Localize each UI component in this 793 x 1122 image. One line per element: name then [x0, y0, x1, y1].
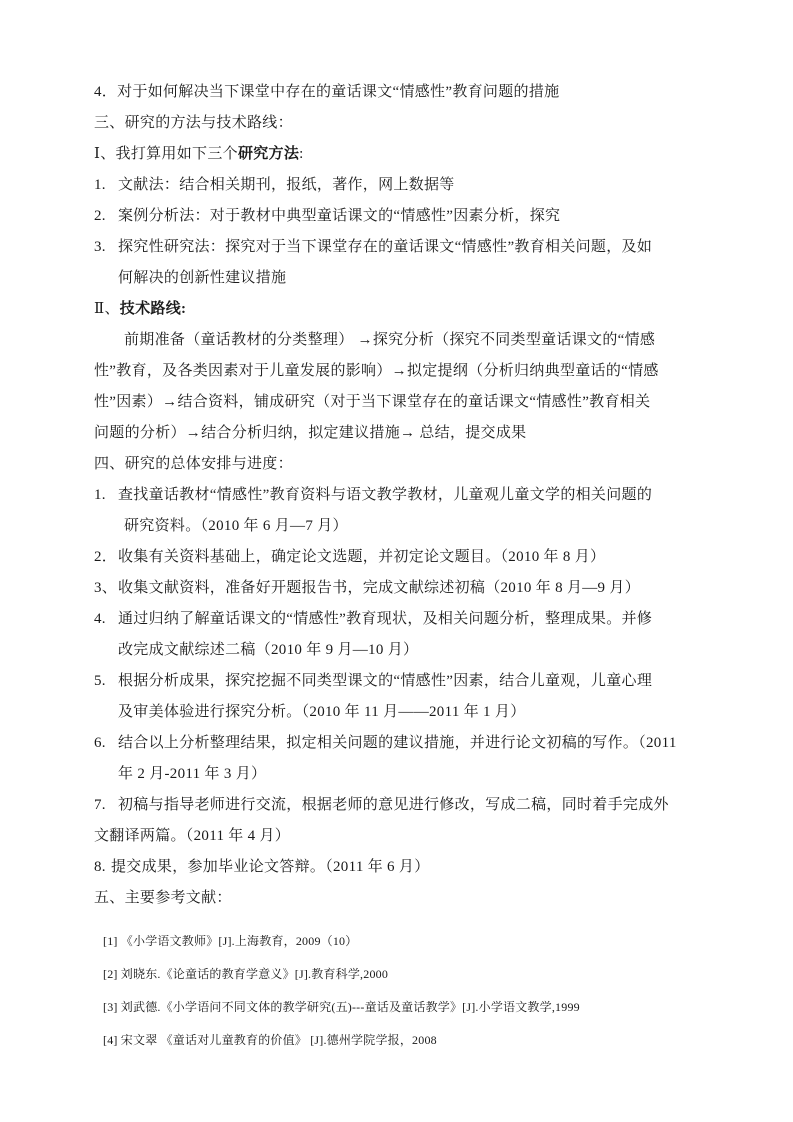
text-line: 性”教育，及各类因素对于儿童发展的影响）→拟定提纲（分析归纳典型童话的“情感: [94, 356, 793, 387]
text-segment: 结合以上分析整理结果，拟定相关问题的建议措施，并进行论文初稿的写作。（2011: [118, 735, 677, 751]
text-line: 2.案例分析法：对于教材中典型童话课文的“情感性”因素分析，探究: [94, 201, 793, 232]
text-segment: Ⅱ、: [94, 301, 120, 317]
text-line: 问题的分析）→结合分析归纳，拟定建议措施→ 总结，提交成果: [94, 418, 793, 449]
text-segment: 年 2 月-2011 年 3 月）: [118, 766, 266, 782]
reference-item: [3] 刘武德.《小学语问不同文体的教学研究(五)---童话及童话教学》[J].…: [103, 991, 793, 1024]
text-line: 2．收集有关资料基础上，确定论文选题，并初定论文题目。（2010 年 8 月）: [94, 542, 793, 573]
bold-text-segment: 研究方法: [238, 146, 299, 162]
text-segment: 初稿与指导老师进行交流，根据老师的意见进行修改，写成二稿，同时着手完成外: [118, 797, 669, 813]
text-segment: 问题的分析）→结合分析归纳，拟定建议措施→ 总结，提交成果: [94, 425, 526, 441]
text-segment: 及审美体验进行探究分析。（2010 年 11 月——2011 年 1 月）: [118, 704, 526, 720]
text-segment: 前期准备（童话教材的分类整理） →探究分析（探究不同类型童话课文的“情感: [124, 332, 655, 348]
reference-item: [4] 宋文翠 《童话对儿童教育的价值》 [J].德州学院学报，2008: [103, 1024, 793, 1057]
text-line: 1.查找童话教材“情感性”教育资料与语文教学教材，儿童观儿童文学的相关问题的: [94, 480, 793, 511]
text-line: 三、研究的方法与技术路线：: [94, 108, 793, 139]
text-segment: 性”因素）→结合资料，铺成研究（对于当下课堂存在的童话课文“情感性”教育相关: [94, 394, 650, 410]
list-number: 3.: [94, 232, 118, 263]
list-number: 5.: [94, 666, 118, 697]
text-line: 文翻译两篇。（2011 年 4 月）: [94, 821, 793, 852]
text-line: Ⅱ、技术路线:: [94, 294, 793, 325]
text-segment: 4．对于如何解决当下课堂中存在的童话课文“情感性”教育问题的措施: [94, 84, 559, 100]
text-segment: 案例分析法：对于教材中典型童话课文的“情感性”因素分析，探究: [118, 208, 560, 224]
text-line: 6.结合以上分析整理结果，拟定相关问题的建议措施，并进行论文初稿的写作。（201…: [94, 728, 793, 759]
text-segment: 何解决的创新性建议措施: [118, 270, 286, 286]
text-line: 四、研究的总体安排与进度：: [94, 449, 793, 480]
text-line: 4．对于如何解决当下课堂中存在的童话课文“情感性”教育问题的措施: [94, 77, 793, 108]
text-line: 五、主要参考文献：: [94, 883, 793, 914]
text-segment: 提交成果，参加毕业论文答辩。（2011 年 6 月）: [111, 859, 430, 875]
list-number: 6.: [94, 728, 118, 759]
list-number: 1.: [94, 480, 118, 511]
text-line: 7.初稿与指导老师进行交流，根据老师的意见进行修改，写成二稿，同时着手完成外: [94, 790, 793, 821]
text-segment: 五、主要参考文献：: [94, 890, 232, 906]
text-line: 改完成文献综述二稿（2010 年 9 月—10 月）: [118, 635, 793, 666]
document-text-lines: 4．对于如何解决当下课堂中存在的童话课文“情感性”教育问题的措施三、研究的方法与…: [94, 77, 793, 914]
text-line: 性”因素）→结合资料，铺成研究（对于当下课堂存在的童话课文“情感性”教育相关: [94, 387, 793, 418]
document-body: 4．对于如何解决当下课堂中存在的童话课文“情感性”教育问题的措施三、研究的方法与…: [94, 77, 793, 1057]
text-segment: 四、研究的总体安排与进度：: [94, 456, 293, 472]
reference-list: [1] 《小学语文教师》[J].上海教育，2009（10）[2] 刘晓东.《论童…: [103, 925, 793, 1057]
text-segment: 收集文献资料，准备好开题报告书，完成文献综述初稿（2010 年 8 月—9 月）: [118, 580, 640, 596]
list-number: 1.: [94, 170, 118, 201]
text-segment: 性”教育，及各类因素对于儿童发展的影响）→拟定提纲（分析归纳典型童话的“情感: [94, 363, 659, 379]
document-page: 4．对于如何解决当下课堂中存在的童话课文“情感性”教育问题的措施三、研究的方法与…: [0, 0, 793, 1122]
text-line: 3、收集文献资料，准备好开题报告书，完成文献综述初稿（2010 年 8 月—9 …: [94, 573, 793, 604]
text-segment: 研究资料。（2010 年 6 月—7 月）: [124, 518, 348, 534]
text-segment: 收集有关资料基础上，确定论文选题，并初定论文题目。（2010 年 8 月）: [118, 549, 605, 565]
text-line: 1.文献法：结合相关期刊，报纸，著作，网上数据等: [94, 170, 793, 201]
text-line: 年 2 月-2011 年 3 月）: [118, 759, 793, 790]
list-number: 2.: [94, 201, 118, 232]
text-line: 5.根据分析成果，探究挖掘不同类型课文的“情感性”因素，结合儿童观，儿童心理: [94, 666, 793, 697]
reference-item: [2] 刘晓东.《论童话的教育学意义》[J].教育科学,2000: [103, 958, 793, 991]
text-line: 前期准备（童话教材的分类整理） →探究分析（探究不同类型童话课文的“情感: [124, 325, 793, 356]
text-segment: 文献法：结合相关期刊，报纸，著作，网上数据等: [118, 177, 455, 193]
text-line: 8.提交成果，参加毕业论文答辩。（2011 年 6 月）: [94, 852, 793, 883]
text-line: 3.探究性研究法：探究对于当下课堂存在的童话课文“情感性”教育相关问题，及如: [94, 232, 793, 263]
text-segment: 查找童话教材“情感性”教育资料与语文教学教材，儿童观儿童文学的相关问题的: [118, 487, 652, 503]
text-segment: Ⅰ、我打算用如下三个: [94, 146, 238, 162]
text-line: 及审美体验进行探究分析。（2010 年 11 月——2011 年 1 月）: [118, 697, 793, 728]
list-number: 8.: [94, 852, 111, 883]
text-segment: 通过归纳了解童话课文的“情感性”教育现状，及相关问题分析，整理成果。并修: [118, 611, 652, 627]
bold-text-segment: 技术路线:: [120, 301, 187, 317]
list-number: 4.: [94, 604, 118, 635]
reference-item: [1] 《小学语文教师》[J].上海教育，2009（10）: [103, 925, 793, 958]
text-line: 研究资料。（2010 年 6 月—7 月）: [124, 511, 793, 542]
text-segment: 文翻译两篇。（2011 年 4 月）: [94, 828, 290, 844]
text-segment: 改完成文献综述二稿（2010 年 9 月—10 月）: [118, 642, 418, 658]
text-segment: :: [299, 146, 303, 162]
text-line: Ⅰ、我打算用如下三个研究方法:: [94, 139, 793, 170]
text-segment: 三、研究的方法与技术路线：: [94, 115, 293, 131]
text-segment: 根据分析成果，探究挖掘不同类型课文的“情感性”因素，结合儿童观，儿童心理: [118, 673, 652, 689]
text-line: 何解决的创新性建议措施: [118, 263, 793, 294]
text-line: 4.通过归纳了解童话课文的“情感性”教育现状，及相关问题分析，整理成果。并修: [94, 604, 793, 635]
text-segment: 探究性研究法：探究对于当下课堂存在的童话课文“情感性”教育相关问题，及如: [118, 239, 652, 255]
list-number: 3、: [94, 573, 118, 604]
list-number: 7.: [94, 790, 118, 821]
list-number: 2．: [94, 542, 118, 573]
